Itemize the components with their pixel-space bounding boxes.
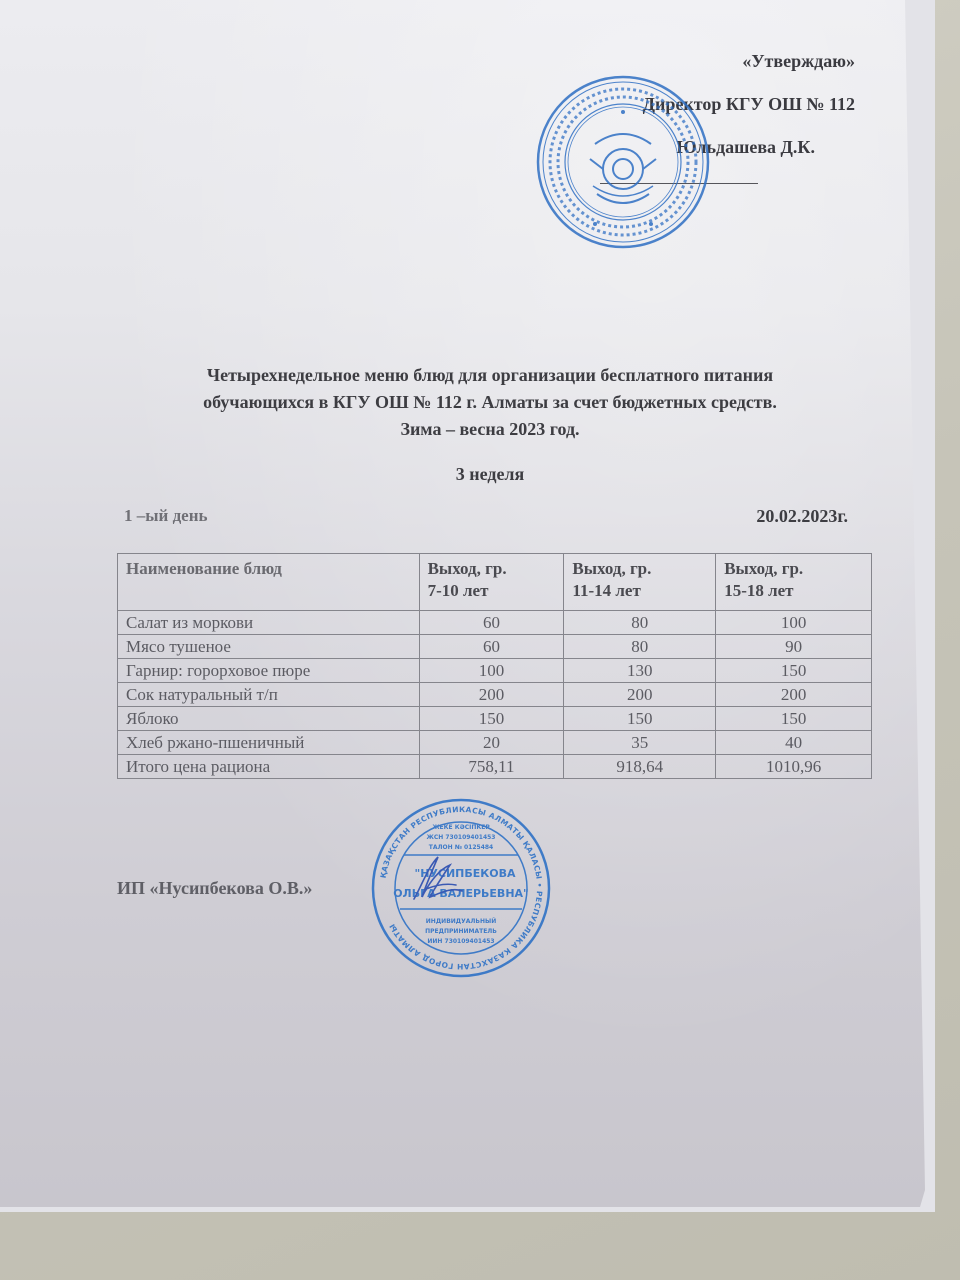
dish-name-cell: Хлеб ржано-пшеничный (118, 731, 420, 755)
yield-cell: 130 (564, 659, 716, 683)
yield-cell: 100 (419, 659, 564, 683)
header-yield-11-14: Выход, гр.11-14 лет (564, 554, 716, 611)
dish-name-cell: Мясо тушеное (118, 635, 420, 659)
approval-position: Директор КГУ ОШ № 112 (643, 83, 855, 126)
table-header-row: Наименование блюд Выход, гр.7-10 лет Вых… (118, 554, 872, 611)
yield-cell: 200 (564, 683, 716, 707)
table-row: Мясо тушеное608090 (118, 635, 872, 659)
title-line-3: Зима – весна 2023 год. (130, 416, 850, 443)
supplier-label: ИП «Нусипбекова О.В.» (117, 878, 312, 899)
table-row: Сок натуральный т/п200200200 (118, 683, 872, 707)
yield-cell: 20 (419, 731, 564, 755)
dish-name-cell: Итого цена рациона (118, 755, 420, 779)
signature-line (600, 183, 758, 184)
table-row: Хлеб ржано-пшеничный203540 (118, 731, 872, 755)
yield-cell: 150 (564, 707, 716, 731)
date-label: 20.02.2023г. (756, 506, 848, 527)
week-label: 3 неделя (130, 464, 850, 485)
menu-table: Наименование блюд Выход, гр.7-10 лет Вых… (117, 553, 872, 779)
header-yield-15-18: Выход, гр.15-18 лет (716, 554, 872, 611)
yield-cell: 150 (419, 707, 564, 731)
header-dish-name: Наименование блюд (118, 554, 420, 611)
yield-cell: 35 (564, 731, 716, 755)
yield-cell: 60 (419, 635, 564, 659)
table-row: Яблоко150150150 (118, 707, 872, 731)
table-row: Гарнир: горорховое пюре100130150 (118, 659, 872, 683)
yield-cell: 40 (716, 731, 872, 755)
yield-cell: 1010,96 (716, 755, 872, 779)
yield-cell: 80 (564, 611, 716, 635)
yield-cell: 150 (716, 707, 872, 731)
dish-name-cell: Салат из моркови (118, 611, 420, 635)
yield-cell: 150 (716, 659, 872, 683)
yield-cell: 918,64 (564, 755, 716, 779)
dish-name-cell: Сок натуральный т/п (118, 683, 420, 707)
yield-cell: 200 (419, 683, 564, 707)
yield-cell: 80 (564, 635, 716, 659)
header-yield-7-10: Выход, гр.7-10 лет (419, 554, 564, 611)
dish-name-cell: Яблоко (118, 707, 420, 731)
title-line-2: обучающихся в КГУ ОШ № 112 г. Алматы за … (130, 389, 850, 416)
yield-cell: 758,11 (419, 755, 564, 779)
approval-name: Юльдашева Д.К. (643, 126, 815, 169)
table-row: Салат из моркови6080100 (118, 611, 872, 635)
document-title: Четырехнедельное меню блюд для организац… (130, 362, 850, 443)
yield-cell: 60 (419, 611, 564, 635)
yield-cell: 200 (716, 683, 872, 707)
title-line-1: Четырехнедельное меню блюд для организац… (130, 362, 850, 389)
table-row: Итого цена рациона758,11918,641010,96 (118, 755, 872, 779)
day-label: 1 –ый день (124, 506, 208, 526)
approval-heading: «Утверждаю» (643, 40, 855, 83)
approval-block: «Утверждаю» Директор КГУ ОШ № 112 Юльдаш… (643, 40, 855, 169)
yield-cell: 90 (716, 635, 872, 659)
dish-name-cell: Гарнир: горорховое пюре (118, 659, 420, 683)
yield-cell: 100 (716, 611, 872, 635)
